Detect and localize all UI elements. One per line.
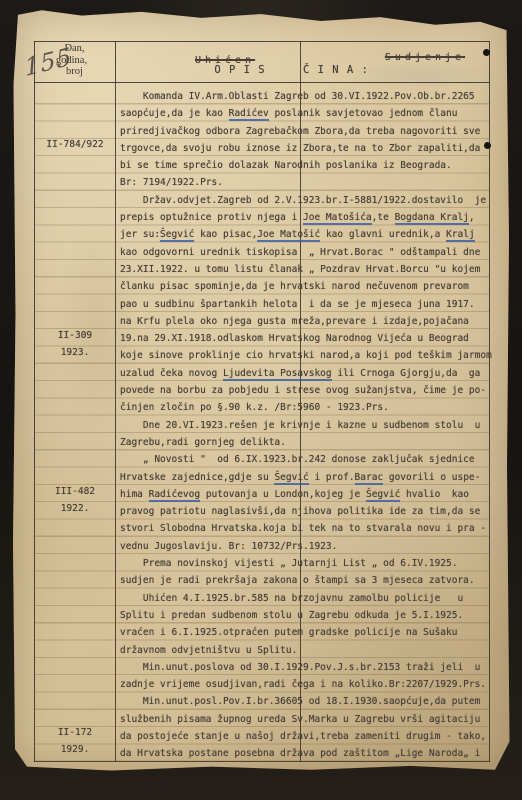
text-line: koje sinove proklinje cio hrvatski narod… [120,347,489,364]
text-line: da postojeće stanje u našoj državi,treba… [120,728,489,745]
text-line: državnom odvjetništvu u Splitu. [120,642,489,659]
text-line: na Krfu plela oko njega gusta mreža,prev… [120,313,489,330]
text-line: Min.unut.poslova od 30.I.1929.Pov.J.s.br… [120,659,489,676]
text-line: Br: 7194/1922.Prs. [120,174,489,191]
ink-dot [483,49,490,56]
text-line: trgovce,da svoju robu iznose iz Zbora,te… [120,140,489,157]
underlined-name: Šegvić [366,489,400,502]
text-line: da Hrvatska postane posebna država pod z… [120,745,489,762]
text-line: zadnje vrijeme osudjivan,radi čega i na … [120,676,489,693]
text-line: jer su:Šegvić kao pisac,Joe Matošić kao … [120,226,489,243]
typewritten-body-text: Komanda IV.Arm.Oblasti Zagreb od 30.VI.1… [120,88,489,763]
underlined-name: Ljudevita Posavskog [223,368,332,381]
case-year: 1929. [36,741,114,758]
photographed-archival-record-page: { "document": { "handwritten_page_number… [0,0,522,800]
header-cina: Č I N A : [303,64,369,76]
text-line: vednu Jugoslaviju. Br: 10732/Prs.1923. [120,538,489,555]
text-line: Hrvatske zajednice,gdje su Šegvić i prof… [120,469,489,486]
case-number: II-309 [36,327,114,344]
text-line: stvori Slobodna Hrvatska.koja bi tek na … [120,520,489,537]
case-number: III-482 [36,483,114,500]
text-line: uzalud čeka novog Ljudevita Posavskog il… [120,365,489,382]
case-number: II-172 [36,724,114,741]
text-line: Zagrebu,radi gornjeg delikta. [120,434,489,451]
case-year: 1922. [36,500,114,517]
underlined-name: Šegvić [160,229,194,242]
text-line: činjen zločin po §.90 k.z. /Br:5960 - 19… [120,399,489,416]
text-line: Uhićen 4.I.1925.br.585 na brzojavnu zamo… [120,590,489,607]
text-line: vraćen i 6.I.1925.otpraćen putem gradske… [120,624,489,641]
text-line: Splitu i predan sudbenom stolu u Zagrebu… [120,607,489,624]
margin-entry: II-309 1923. [36,327,114,361]
margin-entry: II-172 1929. [36,724,114,758]
text-line: Dne 20.VI.1923.rešen je krivnje i kazne … [120,417,489,434]
text-line: hima Radićevog putovanja u London,kojeg … [120,486,489,503]
underlined-name: Radićev [229,108,269,121]
text-line: priredjivačkog odbora Zagrebačkom Zbora,… [120,123,489,140]
struck-header-tried: Sudjenje [358,52,492,63]
text-line: članku pisac spominje,da je hrvatski nar… [120,278,489,295]
text-line: Min.unut.posl.Pov.I.br.36605 od 18.I.193… [120,693,489,710]
underlined-name: Joe Matošića [303,212,372,225]
underlined-name: Barac [355,472,384,485]
header-opis: O P I S [188,64,292,76]
underlined-name: Bogdana Kralj [395,212,469,225]
text-line: prepis optužnice protiv njega i Joe Mato… [120,209,489,226]
margin-entry: III-482 1922. [36,483,114,517]
text-line: Komanda IV.Arm.Oblasti Zagreb od 30.VI.1… [120,88,489,105]
table-border-right [489,41,490,762]
text-line: 19.na 29.XI.1918.odlaskom Hrvatskog Naro… [120,330,489,347]
underlined-name: Joe Matošić [257,229,320,242]
text-line: Prema novinskoj vijesti „ Jutarnji List … [120,555,489,572]
header-divider-line [34,82,490,83]
text-line: bi se time sprečio dolazak Narodnih posl… [120,157,489,174]
margin-entry: II-784/922 [36,136,114,153]
text-line: sudjen je radi prekršaja zakona o štampi… [120,572,489,589]
text-line: 23.XII.1922. u tomu listu članak „ Pozdr… [120,261,489,278]
underlined-name: Kralj [446,229,475,242]
case-year: 1923. [36,344,114,361]
text-line: kao odgovorni urednik tiskopisa „ Hrvat.… [120,244,489,261]
underlined-name: Šegvić [274,472,308,485]
ink-dot [484,142,491,149]
text-line: pao u sudbinu špartankih helota i da se … [120,296,489,313]
text-line: saopćuje,da je kao Radićev poslanik savj… [120,105,489,122]
text-line: Držav.odvjet.Zagreb od 2.V.1923.br.I-588… [120,192,489,209]
case-number: II-784/922 [36,136,114,153]
text-line: povede na borbu za pobjedu i strese ovog… [120,382,489,399]
text-line: službenih pisama župnog ureda Sv.Marka u… [120,711,489,728]
text-line: pravog patriotu naglasivši,da njihova po… [120,503,489,520]
underlined-name: Radićevog [149,489,200,502]
text-line: „ Novosti " od 6.IX.1923.br.242 donose z… [120,451,489,468]
